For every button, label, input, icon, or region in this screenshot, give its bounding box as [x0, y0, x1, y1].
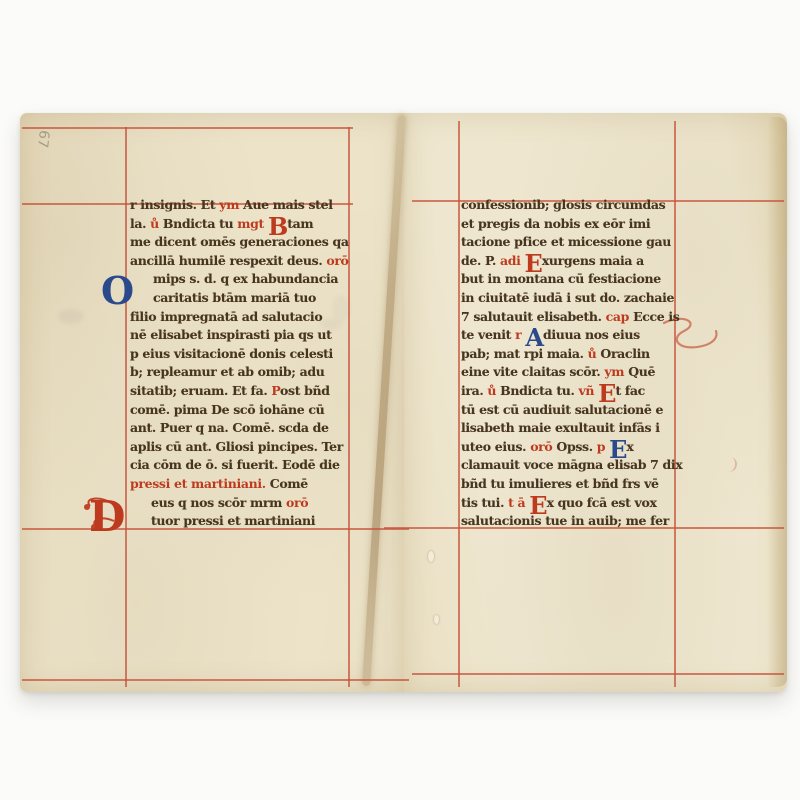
text-line: te venit r Adiuua nos eius	[461, 326, 640, 345]
text-segment: r	[515, 327, 525, 342]
photo-backdrop: 67 ODr insignis. Et ym Aue mais stella. …	[0, 0, 800, 800]
text-segment: ů	[588, 346, 601, 361]
text-segment: x quo fcā est vox	[547, 495, 657, 510]
text-line: mips s. d. q ex habundancia	[130, 270, 338, 289]
text-segment: nē elisabet inspirasti pia qs ut	[130, 327, 332, 342]
text-line: caritatis btām mariā tuo	[130, 289, 316, 308]
text-segment: mgt	[237, 216, 268, 231]
text-segment: ira.	[461, 383, 487, 398]
text-segment: sitatib; eruam. Et fa.	[130, 383, 271, 398]
text-segment: but in montana cū festiacione	[461, 271, 661, 286]
text-line: eine vite claitas scōr. ym Quē	[461, 363, 655, 382]
showthrough-smudge	[58, 309, 84, 324]
text-line: filio impregnatā ad salutacio	[130, 308, 322, 327]
ruling-line	[412, 673, 784, 675]
text-segment: tuor pressi et martiniani	[151, 513, 315, 528]
text-line: bñd tu imulieres et bñd frs vē	[461, 475, 659, 494]
text-segment: Quē	[628, 364, 655, 379]
text-segment: de. P.	[461, 253, 500, 268]
ruling-line	[22, 679, 409, 681]
sewing-station	[428, 551, 434, 562]
illuminated-initial: D	[89, 496, 125, 538]
text-segment: confessionib; glosis circumdas	[461, 197, 665, 212]
text-line: r insignis. Et ym Aue mais stel	[130, 196, 333, 215]
text-segment: salutacionis tue in auib; me fer	[461, 513, 669, 528]
text-line: uteo eius. orō Opss. p Ex	[461, 438, 634, 457]
text-line: ira. ů Bndicta tu. vñ Et fac	[461, 382, 645, 401]
text-segment: caritatis btām mariā tuo	[153, 290, 316, 305]
text-segment: aplis cū ant. Gliosi pincipes. Ter	[130, 439, 343, 454]
text-segment: p eius visitacionē donis celesti	[130, 346, 333, 361]
text-segment: orō	[326, 253, 348, 268]
text-segment: filio impregnatā ad salutacio	[130, 309, 322, 324]
text-segment: Bndicta tu	[163, 216, 237, 231]
text-segment: r insignis. Et	[130, 197, 219, 212]
text-segment: Opss.	[556, 439, 596, 454]
text-line: confessionib; glosis circumdas	[461, 196, 665, 215]
text-segment: cia cōm de ō. si fuerit. Eodē die	[130, 457, 340, 472]
text-segment: p	[597, 439, 609, 454]
text-segment: ů	[150, 216, 163, 231]
text-line: tuor pressi et martiniani	[130, 512, 315, 531]
text-segment: cap	[606, 309, 633, 324]
ruling-line	[458, 121, 460, 687]
text-segment: pab; mat rpi maia.	[461, 346, 588, 361]
text-segment: b; repleamur et ab omib; adu	[130, 364, 324, 379]
text-line: me dicent omēs generaciones qa	[130, 233, 349, 252]
text-segment: tam	[287, 216, 313, 231]
text-line: but in montana cū festiacione	[461, 270, 661, 289]
text-line: pressi et martiniani. Comē	[130, 475, 308, 494]
sewing-station	[434, 615, 439, 624]
text-line: cia cōm de ō. si fuerit. Eodē die	[130, 456, 340, 475]
text-line: de. P. adi Exurgens maia a	[461, 252, 644, 271]
text-segment: xurgens maia a	[542, 253, 644, 268]
text-segment: pressi et martiniani.	[130, 476, 270, 491]
text-line: comē. pima De scō iohāne cū	[130, 401, 324, 420]
text-line: clamauit voce māgna elisab 7 dix	[461, 456, 682, 475]
text-segment: ant. Puer q na. Comē. scda de	[130, 420, 329, 435]
right-page-fore-edge	[767, 117, 787, 687]
text-segment: adi	[500, 253, 525, 268]
text-segment: x	[626, 439, 633, 454]
text-segment: ů	[487, 383, 500, 398]
text-segment: et pregis da nobis ex eōr imi	[461, 216, 650, 231]
text-line: pab; mat rpi maia. ů Oraclin	[461, 345, 650, 364]
ruling-line	[22, 127, 353, 129]
text-segment: t fac	[615, 383, 644, 398]
text-segment: me dicent omēs generaciones qa	[130, 234, 349, 249]
text-segment: ym	[219, 197, 243, 212]
text-segment: mips s. d. q ex habundancia	[153, 271, 338, 286]
text-segment: eine vite claitas scōr.	[461, 364, 604, 379]
text-segment: in ciuitatē iudā i sut do. zachaie	[461, 290, 674, 305]
text-line: 7 salutauit elisabeth. cap Ecce is	[461, 308, 679, 327]
text-segment: ym	[604, 364, 628, 379]
text-line: lisabeth maie exultauit infās i	[461, 419, 660, 438]
text-line: in ciuitatē iudā i sut do. zachaie	[461, 289, 674, 308]
text-line: tū est cū audiuit salutacionē e	[461, 401, 663, 420]
text-segment: tacione pfice et micessione gau	[461, 234, 671, 249]
right-text-block: confessionib; glosis circumdaset pregis …	[461, 196, 713, 556]
text-line: sitatib; eruam. Et fa. Post bñd	[130, 382, 330, 401]
text-segment: orō	[530, 439, 556, 454]
text-segment: ost bñd	[280, 383, 330, 398]
text-line: la. ů Bndicta tu mgt Btam	[130, 215, 313, 234]
ruling-line	[125, 127, 127, 687]
text-segment: eus q nos scōr mrm	[151, 495, 286, 510]
text-segment: clamauit voce māgna elisab 7 dix	[461, 457, 682, 472]
text-line: nē elisabet inspirasti pia qs ut	[130, 326, 332, 345]
manuscript-bifolium: 67 ODr insignis. Et ym Aue mais stella. …	[20, 113, 787, 692]
text-line: aplis cū ant. Gliosi pincipes. Ter	[130, 438, 343, 457]
text-line: b; repleamur et ab omib; adu	[130, 363, 324, 382]
text-line: salutacionis tue in auib; me fer	[461, 512, 669, 531]
text-segment: tū est cū audiuit salutacionē e	[461, 402, 663, 417]
text-segment: uteo eius.	[461, 439, 530, 454]
text-line: eus q nos scōr mrm orō	[130, 494, 308, 513]
text-line: p eius visitacionē donis celesti	[130, 345, 333, 364]
text-segment: vñ	[579, 383, 599, 398]
text-segment: P	[271, 383, 280, 398]
text-segment: tis tui.	[461, 495, 508, 510]
text-segment: Ecce is	[633, 309, 679, 324]
text-line: et pregis da nobis ex eōr imi	[461, 215, 650, 234]
text-segment: orō	[286, 495, 308, 510]
text-segment: diuua nos eius	[543, 327, 640, 342]
text-segment: lisabeth maie exultauit infās i	[461, 420, 660, 435]
text-segment: Comē	[270, 476, 308, 491]
text-segment: Aue mais stel	[243, 197, 333, 212]
text-segment: Oraclin	[600, 346, 649, 361]
text-line: ant. Puer q na. Comē. scda de	[130, 419, 329, 438]
text-segment: Bndicta tu.	[500, 383, 578, 398]
text-segment: bñd tu imulieres et bñd frs vē	[461, 476, 659, 491]
text-line: tacione pfice et micessione gau	[461, 233, 671, 252]
text-segment: la.	[130, 216, 150, 231]
text-segment: te venit	[461, 327, 515, 342]
text-segment: 7 salutauit elisabeth.	[461, 309, 606, 324]
text-line: tis tui. t ā Ex quo fcā est vox	[461, 494, 657, 513]
text-line: ancillā humilē respexit deus. orō	[130, 252, 349, 271]
folio-number-pencil: 67	[34, 129, 52, 149]
text-segment: comē. pima De scō iohāne cū	[130, 402, 324, 417]
left-text-block: ODr insignis. Et ym Aue mais stella. ů B…	[130, 196, 382, 556]
text-segment: t ā	[508, 495, 529, 510]
text-segment: ancillā humilē respexit deus.	[130, 253, 326, 268]
